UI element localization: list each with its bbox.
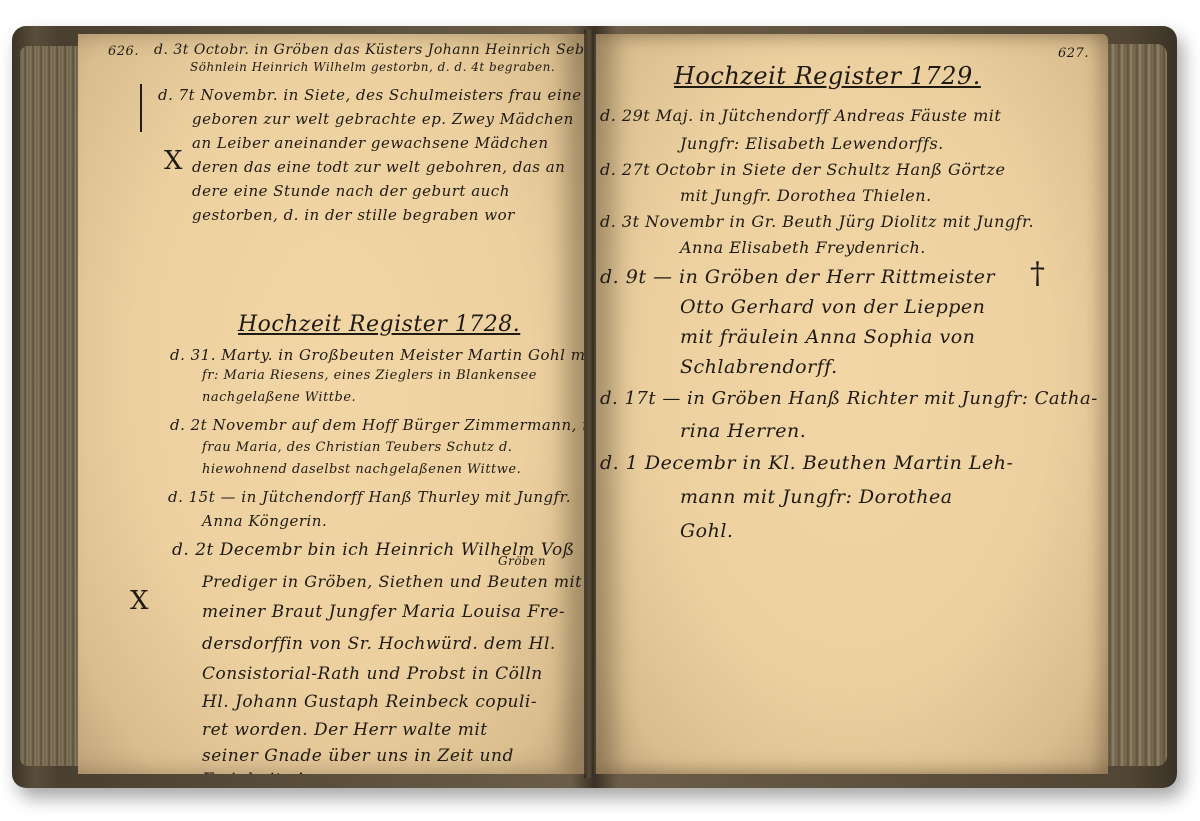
entry-line: deren das eine todt zur welt gebohren, d… (192, 158, 565, 176)
entry-line: Prediger in Gröben, Siethen und Beuten m… (202, 572, 582, 591)
entry-line: dere eine Stunde nach der geburt auch (192, 182, 510, 200)
margin-bar-mark (140, 84, 142, 132)
open-book: 626. d. 3t Octobr. in Gröben das Küsters… (12, 26, 1177, 788)
entry-line: geboren zur welt gebrachte ep. Zwey Mädc… (192, 110, 574, 128)
entry-line: Söhnlein Heinrich Wilhelm gestorbn, d. d… (190, 60, 555, 74)
page-number-right: 627. (1058, 46, 1089, 61)
entry-line: Anna Köngerin. (202, 512, 327, 530)
entry-line: d. 1 Decembr in Kl. Beuthen Martin Leh- (600, 452, 1013, 474)
entry-line: hiewohnend daselbst nachgelaßenen Wittwe… (202, 462, 521, 477)
entry-line: d. 7t Novembr. in Siete, des Schulmeiste… (158, 86, 586, 104)
entry-line: d. 31. Marty. in Großbeuten Meister Mart… (170, 346, 586, 364)
page-edges-left (20, 46, 78, 766)
entry-line: d. 9t — in Gröben der Herr Rittmeister (600, 266, 995, 288)
entry-line: d. 2t Novembr auf dem Hoff Bürger Zimmer… (170, 416, 586, 434)
margin-insert-text: Gröben (498, 554, 546, 568)
entry-line: an Leiber aneinander gewachsene Mädchen (192, 134, 549, 152)
section-title-1728: Hochzeit Register 1728. (238, 312, 520, 337)
entry-line: Anna Elisabeth Freydenrich. (680, 238, 926, 257)
entry-line: gestorben, d. in der stille begraben wor (192, 206, 515, 224)
left-page: 626. d. 3t Octobr. in Gröben das Küsters… (78, 34, 586, 774)
entry-line: dersdorffin von Sr. Hochwürd. dem Hl. (202, 634, 556, 654)
entry-line: fr: Maria Riesens, eines Zieglers in Bla… (202, 368, 537, 383)
margin-cross-mark: X (164, 146, 183, 176)
entry-line: nachgelaßene Wittbe. (202, 390, 356, 405)
entry-line: Ewigkeit. Amen. (202, 770, 351, 774)
entry-line: Jungfr: Elisabeth Lewendorffs. (680, 134, 944, 153)
entry-line: Otto Gerhard von der Lieppen (680, 296, 985, 318)
entry-line: mit fräulein Anna Sophia von (680, 326, 975, 348)
entry-line: d. 3t Octobr. in Gröben das Küsters Joha… (154, 42, 586, 58)
entry-line: Schlabrendorff. (680, 356, 838, 378)
entry-line: mit Jungfr. Dorothea Thielen. (680, 186, 932, 205)
page-edges-right (1107, 44, 1167, 766)
entry-line: d. 15t — in Jütchendorff Hanß Thurley mi… (168, 488, 571, 506)
section-title-1729: Hochzeit Register 1729. (674, 62, 981, 90)
right-page: 627. Hochzeit Register 1729. d. 29t Maj.… (594, 34, 1108, 774)
margin-cross-mark: X (130, 586, 149, 616)
entry-line: rina Herren. (680, 420, 806, 442)
entry-line: Gohl. (680, 520, 733, 542)
entry-line: d. 3t Novembr in Gr. Beuth Jürg Diolitz … (600, 212, 1034, 231)
entry-line: Consistorial-Rath und Probst in Cölln (202, 664, 543, 684)
entry-line: mann mit Jungfr: Dorothea (680, 486, 953, 508)
page-number-left: 626. (108, 44, 139, 59)
entry-line: ret worden. Der Herr walte mit (202, 720, 488, 740)
cross-dagger-mark: † (1030, 256, 1046, 291)
entry-line: meiner Braut Jungfer Maria Louisa Fre- (202, 602, 565, 622)
entry-line: d. 27t Octobr in Siete der Schultz Hanß … (600, 160, 1005, 179)
entry-line: d. 29t Maj. in Jütchendorff Andreas Fäus… (600, 106, 1001, 125)
entry-line: seiner Gnade über uns in Zeit und (202, 746, 514, 766)
entry-line: Hl. Johann Gustaph Reinbeck copuli- (202, 692, 537, 712)
entry-line: d. 17t — in Gröben Hanß Richter mit Jung… (600, 388, 1098, 409)
entry-line: frau Maria, des Christian Teubers Schutz… (202, 440, 512, 455)
